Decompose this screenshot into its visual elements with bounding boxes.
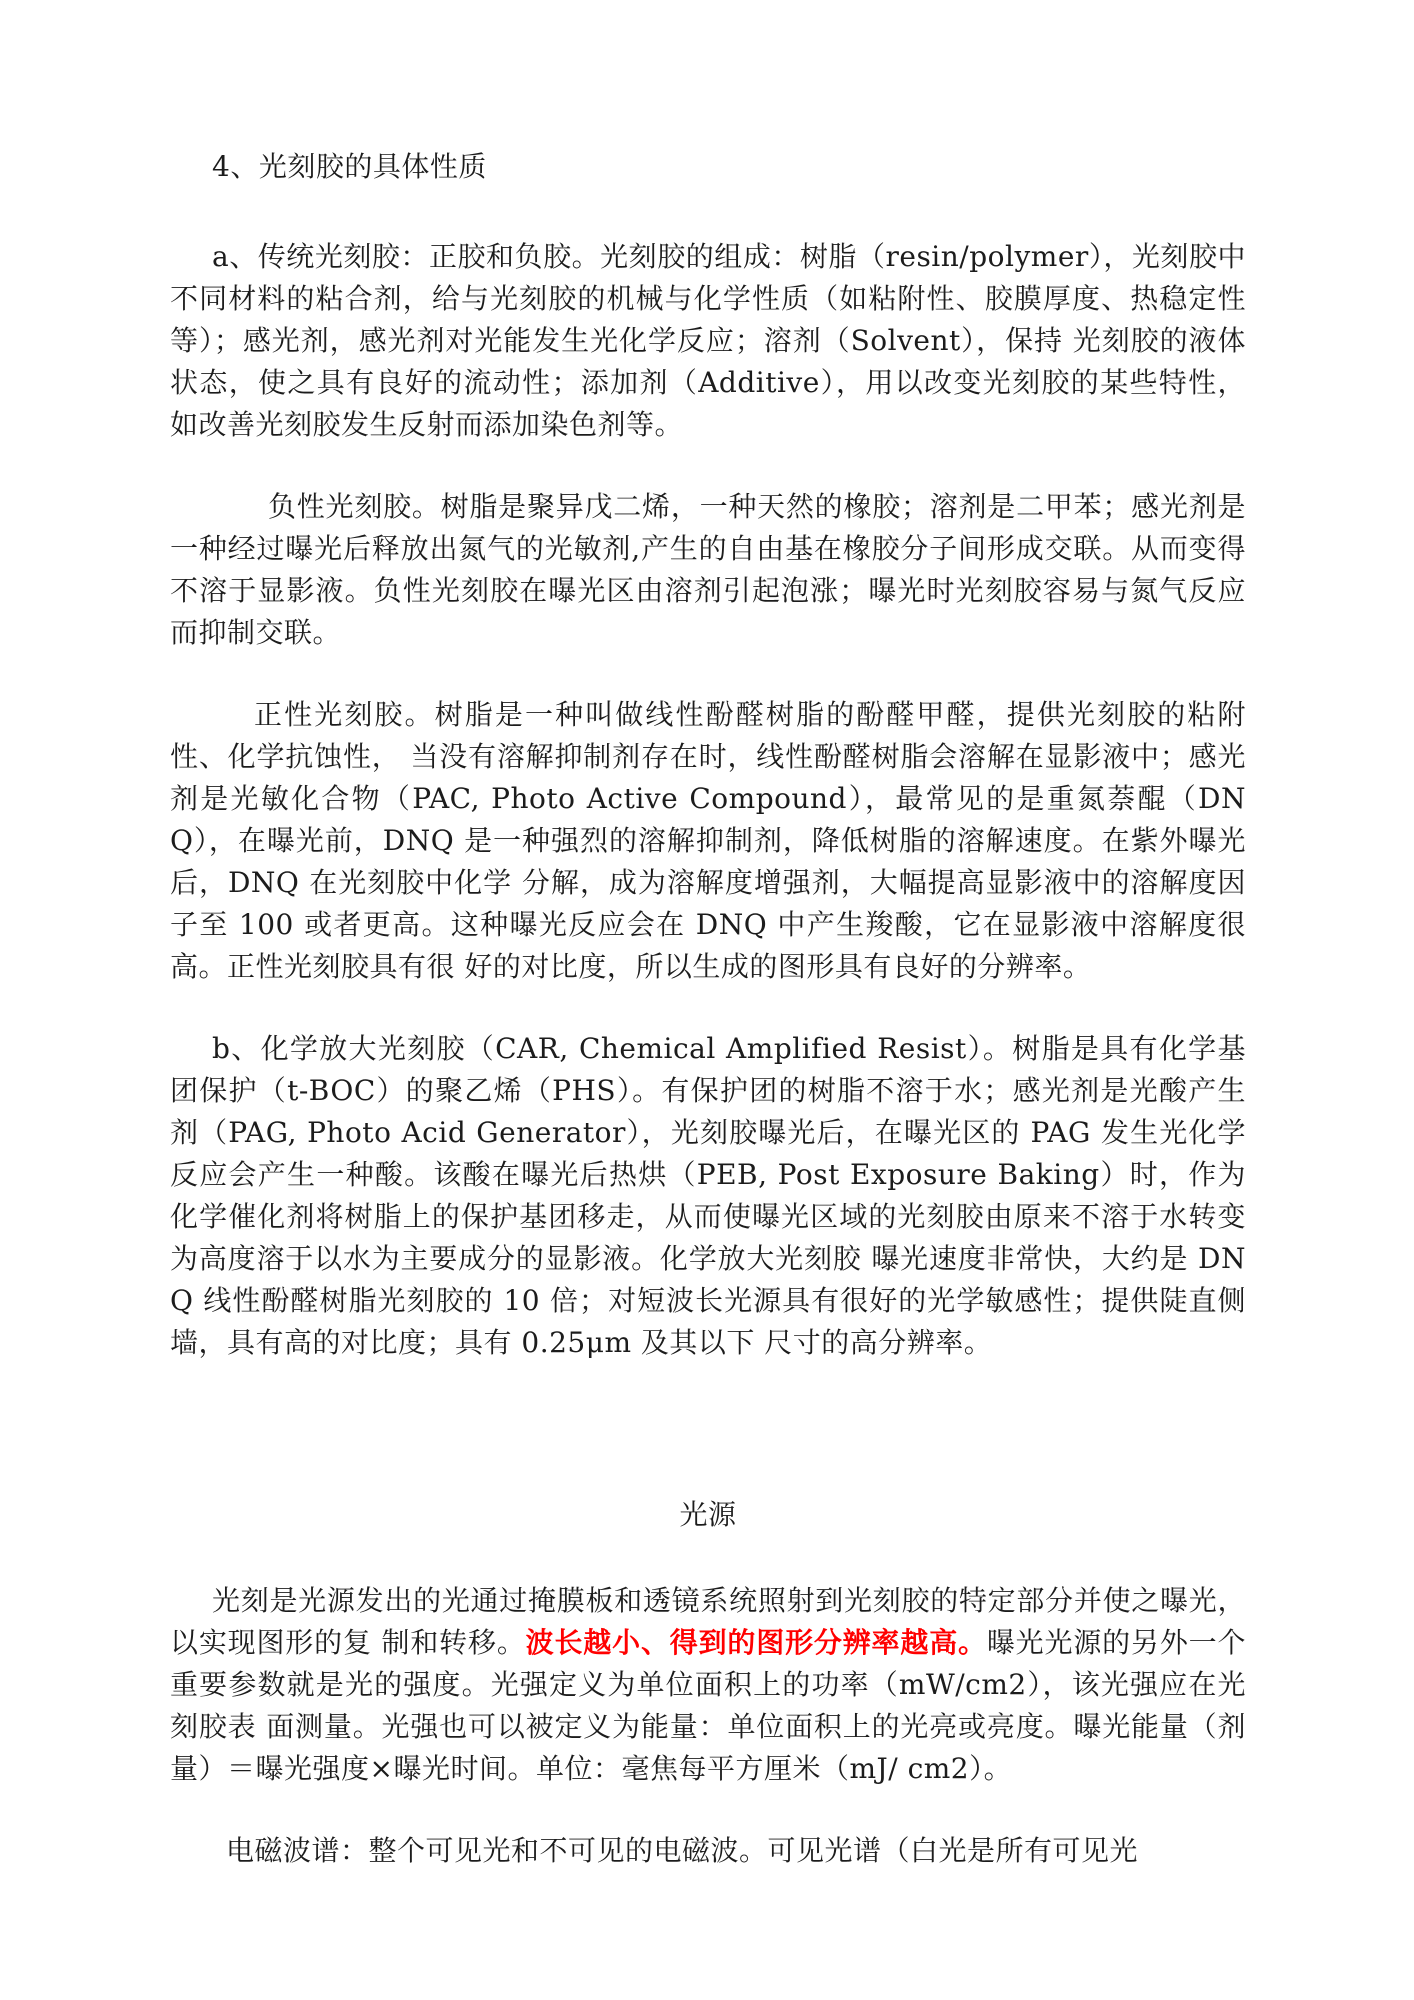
light-source-highlight-sentence: 波长越小、得到的图形分辨率越高。 <box>526 1626 987 1659</box>
document-page: 4、光刻胶的具体性质 a、传统光刻胶：正胶和负胶。光刻胶的组成：树脂（resin… <box>0 0 1414 2000</box>
paragraph-traditional-resist: a、传统光刻胶：正胶和负胶。光刻胶的组成：树脂（resin/polymer），光… <box>170 236 1246 446</box>
paragraph-positive-resist: 正性光刻胶。树脂是一种叫做线性酚醛树脂的酚醛甲醛，提供光刻胶的粘附性、化学抗蚀性… <box>170 694 1246 988</box>
paragraph-em-spectrum: 电磁波谱：整个可见光和不可见的电磁波。可见光谱（白光是所有可见光 <box>170 1830 1246 1872</box>
paragraph-car-resist: b、化学放大光刻胶（CAR, Chemical Amplified Resist… <box>170 1028 1246 1364</box>
section-heading-photoresist-properties: 4、光刻胶的具体性质 <box>170 146 1246 188</box>
paragraph-light-source: 光刻是光源发出的光通过掩膜板和透镜系统照射到光刻胶的特定部分并使之曝光，以实现图… <box>170 1580 1246 1790</box>
paragraph-negative-resist: 负性光刻胶。树脂是聚异戊二烯，一种天然的橡胶；溶剂是二甲苯；感光剂是一种经过曝光… <box>170 486 1246 654</box>
section-heading-light-source: 光源 <box>170 1494 1246 1536</box>
